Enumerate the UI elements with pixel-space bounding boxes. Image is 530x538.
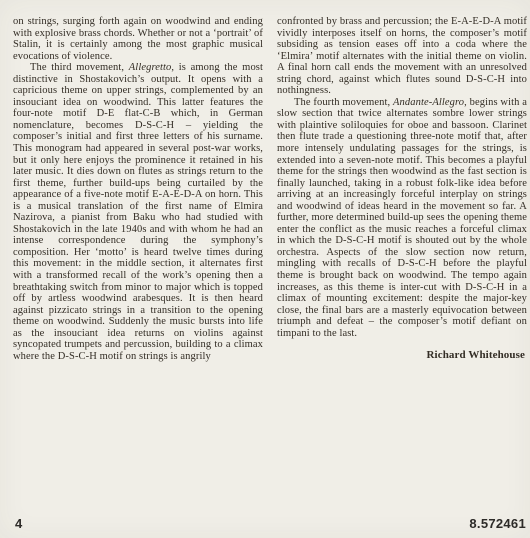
paragraph: The third movement, Allegretto, is among… — [13, 62, 263, 362]
paragraph-text: on strings, surging forth again on woodw… — [13, 16, 263, 62]
page-number: 4 — [15, 516, 23, 531]
text-column-right: confronted by brass and percussion; the … — [277, 16, 527, 362]
paragraph: on strings, surging forth again on woodw… — [13, 16, 263, 62]
author-credit: Richard Whitehouse — [277, 350, 525, 362]
movement-title-italic: Allegretto — [129, 62, 172, 73]
catalog-number: 8.572461 — [469, 516, 526, 531]
text-columns: on strings, surging forth again on woodw… — [13, 16, 527, 362]
paragraph-text: , is among the most distinctive in Shost… — [13, 62, 263, 362]
paragraph: The fourth movement, Andante-Allegro, be… — [277, 97, 527, 339]
movement-title-italic: Andante-Allegro — [393, 97, 464, 108]
booklet-page: on strings, surging forth again on woodw… — [0, 0, 530, 538]
paragraph: confronted by brass and percussion; the … — [277, 16, 527, 97]
paragraph-text: , begins with a slow section that twice … — [277, 97, 527, 339]
paragraph-text: The third movement, — [30, 62, 129, 73]
paragraph-text: confronted by brass and percussion; the … — [277, 16, 527, 96]
text-column-left: on strings, surging forth again on woodw… — [13, 16, 263, 362]
paragraph-text: The fourth movement, — [294, 97, 393, 108]
